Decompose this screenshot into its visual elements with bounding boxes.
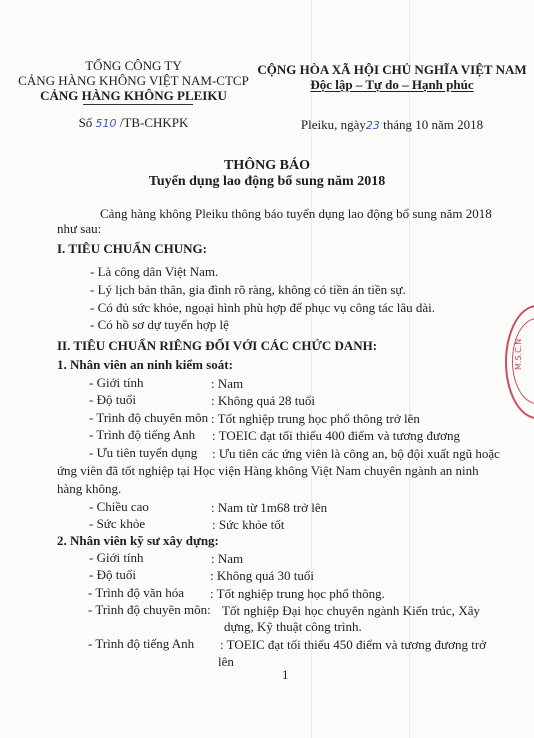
section1-heading: I. TIÊU CHUẨN CHUNG: (57, 241, 207, 257)
section2-heading: II. TIÊU CHUẨN RIÊNG ĐỐI VỚI CÁC CHỨC DA… (57, 338, 377, 354)
position2-value: : Tốt nghiệp trung học phổ thông. (210, 586, 385, 602)
org-name-text: CẢNG HÀNG KHÔNG PLEIKU (40, 88, 227, 103)
date-day-handwritten: 23 (366, 119, 380, 132)
position1-label: - Sức khỏe (89, 516, 145, 532)
national-title: CỘNG HÒA XÃ HỘI CHỦ NGHĨA VIỆT NAM (250, 62, 534, 78)
position1-label: - Chiều cao (89, 499, 149, 515)
section1-item: - Là công dân Việt Nam. (90, 264, 218, 280)
position2-label: - Trình độ chuyên môn: (88, 602, 211, 618)
position1-value: : Nam từ 1m68 trở lên (211, 500, 327, 516)
section1-item: - Có hồ sơ dự tuyển hợp lệ (90, 317, 229, 333)
position2-label: - Trình độ tiếng Anh (88, 636, 194, 652)
document-number: Số 510 /TB-CHKPK (0, 115, 267, 131)
intro-line1: Cảng hàng không Pleiku thông báo tuyển d… (100, 206, 492, 222)
position2-value: Tốt nghiệp Đại học chuyên ngành Kiến trú… (222, 603, 480, 619)
position1-value: : Ưu tiên các ứng viên là công an, bộ độ… (212, 446, 500, 462)
position2-label: - Trình độ văn hóa (88, 585, 184, 601)
position2-label: - Độ tuổi (89, 567, 136, 583)
position2-value-cont: lên (218, 654, 234, 670)
position2-title: 2. Nhân viên kỹ sư xây dựng: (57, 533, 219, 549)
notice-subtitle: Tuyển dụng lao động bổ sung năm 2018 (0, 174, 534, 190)
position1-label: - Ưu tiên tuyển dụng (89, 445, 197, 461)
scan-crease (409, 0, 410, 738)
position1-label: - Trình độ chuyên môn (89, 410, 208, 426)
number-handwritten: 510 (96, 117, 117, 130)
org-parent-line1: TỔNG CÔNG TY (0, 58, 267, 74)
notice-title: THÔNG BÁO (0, 158, 534, 174)
national-motto-text: Độc lập – Tự do – Hạnh phúc (310, 77, 473, 92)
intro-line2: như sau: (57, 221, 101, 237)
position1-continuation: ứng viên đã tốt nghiệp tại Học viện Hàng… (57, 463, 479, 479)
position1-value: : Nam (211, 376, 243, 392)
document-date: Pleiku, ngày23 tháng 10 năm 2018 (250, 117, 534, 133)
position2-value: : Nam (211, 551, 243, 567)
position2-value-cont: dựng, Kỹ thuật công trình. (224, 619, 362, 635)
org-underline (83, 104, 193, 105)
position1-continuation: hàng không. (57, 481, 121, 497)
position1-value: : Sức khỏe tốt (212, 517, 284, 533)
date-prefix: Pleiku, ngày (301, 117, 366, 132)
section1-item: - Có đủ sức khỏe, ngoại hình phù hợp để … (90, 300, 435, 316)
stamp-text: M.S.C.N (514, 339, 523, 370)
position1-label: - Độ tuổi (89, 392, 136, 408)
position1-label: - Giới tính (89, 375, 144, 391)
position1-label: - Trình độ tiếng Anh (89, 427, 195, 443)
position2-label: - Giới tính (89, 550, 144, 566)
date-suffix: tháng 10 năm 2018 (383, 117, 483, 132)
document-page: TỔNG CÔNG TY CẢNG HÀNG KHÔNG VIỆT NAM-CT… (0, 0, 534, 738)
national-motto: Độc lập – Tự do – Hạnh phúc (250, 77, 534, 93)
position1-value: : Tốt nghiệp trung học phổ thông trở lên (211, 411, 420, 427)
org-parent-line2: CẢNG HÀNG KHÔNG VIỆT NAM-CTCP (0, 73, 267, 89)
position1-value: : TOEIC đạt tối thiểu 400 điểm và tương … (212, 428, 460, 444)
position1-title: 1. Nhân viên an ninh kiểm soát: (57, 357, 233, 373)
number-suffix: /TB-CHKPK (120, 115, 189, 130)
section1-item: - Lý lịch bản thân, gia đình rõ ràng, kh… (90, 282, 406, 298)
page-number: 1 (282, 667, 289, 683)
number-prefix: Số (79, 115, 93, 130)
position2-value: : Không quá 30 tuổi (210, 568, 314, 584)
org-name: CẢNG HÀNG KHÔNG PLEIKU (0, 88, 267, 104)
position1-value: : Không quá 28 tuổi (211, 393, 315, 409)
position2-value: : TOEIC đạt tối thiểu 450 điểm và tương … (220, 637, 480, 653)
